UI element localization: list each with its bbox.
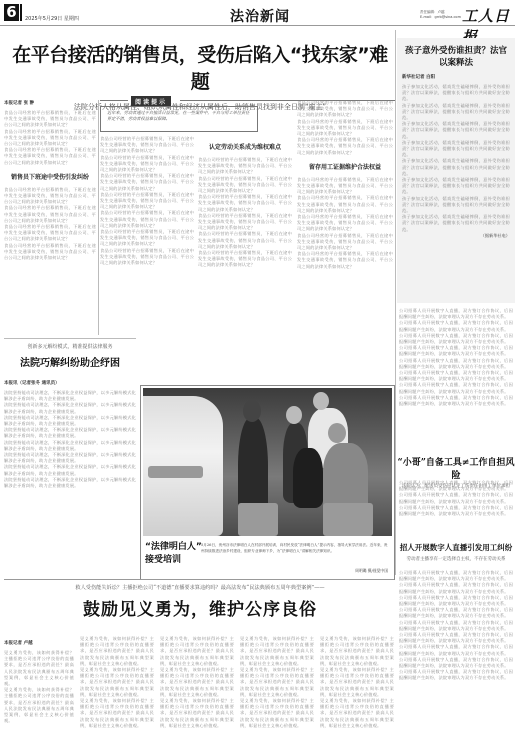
body-text: 公司招募人员开展数字人直播，双方签订合作协议，后因报酬问题产生纠纷，法院审理认为… xyxy=(399,395,513,407)
news-photo: “法律明白人” 接受培训 5月26日，贵州谷市法律明白人在村部开展培训，向村民发… xyxy=(140,385,395,580)
body-text: 公司招募人员开展数字人直播，双方签订合作协议，后因报酬问题产生纠纷，法院审理认为… xyxy=(399,320,513,332)
caption-title-line-2: 接受培训 xyxy=(145,554,202,567)
bottom-story-column-5: 见义勇为受伤，该如何获得补偿？主播拒绝公司违背公序良俗的直播要求，是否应承担违约… xyxy=(320,636,394,746)
reading-tip-box: 近年来，劳动者通过平台接活日益常见，在一些案件中，平台与用工单位责任界定不清，劳… xyxy=(100,106,258,132)
body-text: 食品公司经营的平台招募销售员，下班后在途中发生交通事故受伤，销售员与食品公司、平… xyxy=(297,251,393,270)
stool xyxy=(323,503,373,536)
body-text: 见义勇为受伤，该如何获得补偿？主播拒绝公司违背公序良俗的直播要求，是否应承担违约… xyxy=(240,698,314,729)
right-top-story-body: 孩子参加文化活动，嬉戏发生磕碰摔倒，意外受伤谁担责？法官以案释法，提醒家长与组织… xyxy=(402,84,510,294)
left-second-story-headline: 创新多元解纷模式，精准提供法律服务 法院巧解纠纷助企纾困 xyxy=(4,343,136,369)
left-second-story-kicker: 创新多元解纷模式，精准提供法律服务 xyxy=(4,343,136,350)
right-mid-story-body-2: 公司招募人员开展数字人直播，双方签订合作协议，后因报酬问题产生纠纷，法院审理认为… xyxy=(399,480,513,540)
body-text: 公司招募人员开展数字人直播，双方签订合作协议，后因报酬问题产生纠纷，法院审理认为… xyxy=(399,632,513,644)
body-text: 食品公司经营的平台招募销售员，下班后在途中发生交通事故受伤，销售员与食品公司、平… xyxy=(297,195,393,214)
right-column-divider xyxy=(395,30,396,575)
body-text: 食品公司经营的平台招募销售员，下班后在途中发生交通事故受伤，销售员与食品公司、平… xyxy=(4,224,96,243)
editor-email: E-mail：grrb@sina.com xyxy=(420,15,461,20)
body-text: 法院坚持能动司法理念，不断深化企业权益保护，以多元解纷模式化解涉企矛盾纠纷，助力… xyxy=(4,452,136,464)
body-text: 公司招募人员开展数字人直播，双方签订合作协议，后因报酬问题产生纠纷，法院审理认为… xyxy=(399,480,513,492)
body-text: 食品公司经营的平台招募销售员，下班后在途中发生交通事故受伤，销售员与食品公司、平… xyxy=(100,192,194,211)
body-text: 孩子参加文化活动，嬉戏发生磕碰摔倒，意外受伤谁担责？法官以案释法，提醒家长与组织… xyxy=(402,121,510,140)
note-rule-left xyxy=(100,100,128,101)
right-top-story: 孩子意外受伤谁担责？法官以案释法 新华社记者 白阳 孩子参加文化活动，嬉戏发生磕… xyxy=(397,38,515,303)
person-head xyxy=(313,392,329,410)
body-text: 见义勇为受伤，该如何获得补偿？主播拒绝公司违背公序良俗的直播要求，是否应承担违约… xyxy=(160,667,234,698)
body-text: 孩子参加文化活动，嬉戏发生磕碰摔倒，意外受伤谁担责？法官以案释法，提醒家长与组织… xyxy=(402,214,510,233)
body-text: 法院坚持能动司法理念，不断深化企业权益保护，以多元解纷模式化解涉企矛盾纠纷，助力… xyxy=(4,464,136,476)
issue-date: 2025年5月29日 星期四 xyxy=(25,15,79,22)
section-title: 法治新闻 xyxy=(230,6,290,26)
body-text: 孩子参加文化活动，嬉戏发生磕碰摔倒，意外受伤谁担责？法官以案释法，提醒家长与组织… xyxy=(402,103,510,122)
body-text: 食品公司经营的平台招募销售员，下班后在途中发生交通事故受伤，销售员与食品公司、平… xyxy=(297,233,393,252)
body-text: 见义勇为受伤，该如何获得补偿？主播拒绝公司违背公序良俗的直播要求，是否应承担违约… xyxy=(320,698,394,729)
body-text: 孩子参加文化活动，嬉戏发生磕碰摔倒，意外受伤谁担责？法官以案释法，提醒家长与组织… xyxy=(402,196,510,215)
body-text: 公司招募人员开展数字人直播，双方签订合作协议，后因报酬问题产生纠纷，法院审理认为… xyxy=(399,333,513,345)
person-head xyxy=(286,406,302,424)
body-text: 食品公司经营的平台招募销售员，下班后在途中发生交通事故受伤，销售员与食品公司、平… xyxy=(297,214,393,233)
body-text: 法院坚持能动司法理念，不断深化企业权益保护，以多元解纷模式化解涉企矛盾纠纷，助力… xyxy=(4,427,136,439)
body-text: 孩子参加文化活动，嬉戏发生磕碰摔倒，意外受伤谁担责？法官以案释法，提醒家长与组织… xyxy=(402,140,510,159)
body-text: 孩子参加文化活动，嬉戏发生磕碰摔倒，意外受伤谁担责？法官以案释法，提醒家长与组织… xyxy=(402,177,510,196)
body-text: 食品公司经营的平台招募销售员，下班后在途中发生交通事故受伤，销售员与食品公司、平… xyxy=(297,137,393,156)
body-text: 见义勇为受伤，该如何获得补偿？主播拒绝公司违背公序良俗的直播要求，是否应承担违约… xyxy=(320,667,394,698)
car-shape xyxy=(143,396,223,536)
left-second-story-byline: 本报讯（记者张冬 通讯员） xyxy=(4,380,136,386)
body-text: 食品公司经营的平台招募销售员，下班后在途中发生交通事故受伤，销售员与食品公司、平… xyxy=(100,155,194,174)
body-text: 公司招募人员开展数字人直播，双方签订合作协议，后因报酬问题产生纠纷，法院审理认为… xyxy=(399,607,513,619)
body-text: 食品公司经营的平台招募销售员，下班后在途中发生交通事故受伤，销售员与食品公司、平… xyxy=(4,187,96,206)
body-text: 公司招募人员开展数字人直播，双方签订合作协议，后因报酬问题产生纠纷，法院审理认为… xyxy=(399,382,513,394)
body-text: 食品公司经营的平台招募销售员，下班后在途中发生交通事故受伤，销售员与食品公司、平… xyxy=(100,248,194,267)
lead-story-column-3: 认定劳动关系成为维权难点 食品公司经营的平台招募销售员，下班后在途中发生交通事故… xyxy=(198,136,292,336)
body-text: 公司招募人员开展数字人直播，双方签订合作协议，后因报酬问题产生纠纷，法院审理认为… xyxy=(399,620,513,632)
bottom-story-column-2: 见义勇为受伤，该如何获得补偿？主播拒绝公司违背公序良俗的直播要求，是否应承担违约… xyxy=(80,636,154,746)
lead-story-column-4: 食品公司经营的平台招募销售员，下班后在途中发生交通事故受伤，销售员与食品公司、平… xyxy=(297,100,393,335)
body-text: 见义勇为受伤，该如何获得补偿？主播拒绝公司违背公序良俗的直播要求，是否应承担违约… xyxy=(4,650,74,687)
body-text: 公司招募人员开展数字人直播，双方签订合作协议，后因报酬问题产生纠纷，法院审理认为… xyxy=(399,644,513,656)
right-mid-story-title[interactable]: “小哥”自备工具≠工作自担风险 xyxy=(397,455,515,481)
bottom-story-kicker: 救人受伤能失诉讼？主播拒绝公司“不道德”直播要求算违约吗？最高法发布“民法典颁布… xyxy=(10,584,390,591)
body-text: 公司招募人员开展数字人直播，双方签订合作协议，后因报酬问题产生纠纷，法院审理认为… xyxy=(399,595,513,607)
body-text: 食品公司经营的平台招募销售员，下班后在途中发生交通事故受伤，销售员与食品公司、平… xyxy=(198,213,292,232)
body-text: 食品公司经营的平台招募销售员，下班后在途中发生交通事故受伤，销售员与食品公司、平… xyxy=(100,229,194,248)
body-text: 法院坚持能动司法理念，不断深化企业权益保护，以多元解纷模式化解涉企矛盾纠纷，助力… xyxy=(4,477,136,489)
lead-story-subhead-2: 认定劳动关系成为维权难点 xyxy=(198,142,292,151)
bottom-story-headline: 救人受伤能失诉讼？主播拒绝公司“不道德”直播要求算违约吗？最高法发布“民法典颁布… xyxy=(10,584,390,620)
bottom-story-byline: 本报记者 卢越 xyxy=(4,640,74,646)
right-bottom-story-headline: 招人开展数字人直播引发用工纠纷 劳动者主播享有一定选择自主权，不存在劳动关系 xyxy=(397,542,515,562)
body-text: 食品公司经营的平台招募销售员，下班后在途中发生交通事故受伤，销售员与食品公司、平… xyxy=(198,176,292,195)
body-text: 食品公司经营的平台招募销售员，下班后在途中发生交通事故受伤，销售员与食品公司、平… xyxy=(4,110,96,129)
body-text: 公司招募人员开展数字人直播，双方签订合作协议，后因报酬问题产生纠纷，法院审理认为… xyxy=(399,669,513,681)
body-text: 食品公司经营的平台招募销售员，下班后在途中发生交通事故受伤，销售员与食品公司、平… xyxy=(4,243,96,262)
body-text: 食品公司经营的平台招募销售员，下班后在途中发生交通事故受伤，销售员与食品公司、平… xyxy=(100,210,194,229)
body-text: 食品公司经营的平台招募销售员，下班后在途中发生交通事故受伤，销售员与食品公司、平… xyxy=(198,194,292,213)
caption-title-line-1: “法律明白人” xyxy=(145,541,202,554)
masthead: 6 2025年5月29日 星期四 法治新闻 责任编辑：卢越 E-mail：grr… xyxy=(0,0,515,26)
page-number-bar xyxy=(20,4,22,21)
body-text: 法院坚持能动司法理念，不断深化企业权益保护，以多元解纷模式化解涉企矛盾纠纷，助力… xyxy=(4,440,136,452)
body-text: 公司招募人员开展数字人直播，双方签订合作协议，后因报酬问题产生纠纷，法院审理认为… xyxy=(399,308,513,320)
photo-image[interactable] xyxy=(143,388,392,536)
right-mid-story-body: 公司招募人员开展数字人直播，双方签订合作协议，后因报酬问题产生纠纷，法院审理认为… xyxy=(399,308,513,453)
body-text: 法院坚持能动司法理念，不断深化企业权益保护，以多元解纷模式化解涉企矛盾纠纷，助力… xyxy=(4,415,136,427)
body-text: 食品公司经营的平台招募销售员，下班后在途中发生交通事故受伤，销售员与食品公司、平… xyxy=(198,250,292,269)
photo-caption-text: 5月26日，贵州谷市法律明白人在村部开展培训，向村民发放“法律明白人”提示内容，… xyxy=(201,543,389,554)
right-bottom-story-subtitle: 劳动者主播享有一定选择自主权，不存在劳动关系 xyxy=(397,556,515,562)
body-text: 食品公司经营的平台招募销售员，下班后在途中发生交通事故受伤，销售员与食品公司、平… xyxy=(4,205,96,224)
body-text: 公司招募人员开展数字人直播，双方签订合作协议，后因报酬问题产生纠纷，法院审理认为… xyxy=(399,570,513,582)
body-text: 食品公司经营的平台招募销售员，下班后在途中发生交通事故受伤，销售员与食品公司、平… xyxy=(100,136,194,155)
photo-credit: 周明璐 摄/视觉中国 xyxy=(355,568,388,574)
body-text: 见义勇为受伤，该如何获得补偿？主播拒绝公司违背公序良俗的直播要求，是否应承担违约… xyxy=(4,687,74,724)
body-text: 公司招募人员开展数字人直播，双方签订合作协议，后因报酬问题产生纠纷，法院审理认为… xyxy=(399,582,513,594)
body-text: 食品公司经营的平台招募销售员，下班后在途中发生交通事故受伤，销售员与食品公司、平… xyxy=(198,231,292,250)
lead-story-column-1: 本报记者 张 翀 食品公司经营的平台招募销售员，下班后在途中发生交通事故受伤，销… xyxy=(4,100,96,335)
right-bottom-story-body: 公司招募人员开展数字人直播，双方签订合作协议，后因报酬问题产生纠纷，法院审理认为… xyxy=(399,570,513,746)
right-bottom-story-title[interactable]: 招人开展数字人直播引发用工纠纷 xyxy=(397,542,515,553)
body-text: 食品公司经营的平台招募销售员，下班后在途中发生交通事故受伤，销售员与食品公司、平… xyxy=(4,129,96,148)
body-text: 公司招募人员开展数字人直播，双方签订合作协议，后因报酬问题产生纠纷，法院审理认为… xyxy=(399,505,513,517)
person-head xyxy=(328,423,346,443)
car-headlight xyxy=(148,466,203,478)
body-text: 食品公司经营的平台招募销售员，下班后在途中发生交通事故受伤，销售员与食品公司、平… xyxy=(4,147,96,166)
body-text: 法院坚持能动司法理念，不断深化企业权益保护，以多元解纷模式化解涉企矛盾纠纷，助力… xyxy=(4,390,136,402)
left-second-story-body: 本报讯（记者张冬 通讯员） 法院坚持能动司法理念，不断深化企业权益保护，以多元解… xyxy=(4,380,136,575)
lead-story-title[interactable]: 在平台接活的销售员，受伤后陷入“找东家”难题 xyxy=(10,40,390,94)
lead-story-byline: 本报记者 张 翀 xyxy=(4,100,96,106)
body-text: 孩子参加文化活动，嬉戏发生磕碰摔倒，意外受伤谁担责？法官以案释法，提醒家长与组织… xyxy=(402,84,510,103)
left-second-story-title[interactable]: 法院巧解纠纷助企纾困 xyxy=(4,354,136,369)
body-text: 见义勇为受伤，该如何获得补偿？主播拒绝公司违背公序良俗的直播要求，是否应承担违约… xyxy=(320,636,394,667)
body-text: 公司招募人员开展数字人直播，双方签订合作协议，后因报酬问题产生纠纷，法院审理认为… xyxy=(399,345,513,357)
body-text: 食品公司经营的平台招募销售员，下班后在途中发生交通事故受伤，销售员与食品公司、平… xyxy=(297,177,393,196)
page-number: 6 xyxy=(4,4,19,21)
body-text: 食品公司经营的平台招募销售员，下班后在途中发生交通事故受伤，销售员与食品公司、平… xyxy=(198,157,292,176)
body-text: 食品公司经营的平台招募销售员，下班后在途中发生交通事故受伤，销售员与食品公司、平… xyxy=(297,119,393,138)
stool xyxy=(238,503,278,536)
lead-story-subhead-3: 留存用工证据维护合法权益 xyxy=(297,162,393,171)
body-text: 公司招募人员开展数字人直播，双方签订合作协议，后因报酬问题产生纠纷，法院审理认为… xyxy=(399,370,513,382)
person-seated xyxy=(293,448,323,508)
bottom-story-column-1: 本报记者 卢越 见义勇为受伤，该如何获得补偿？主播拒绝公司违背公序良俗的直播要求… xyxy=(4,640,74,746)
body-text: 食品公司经营的平台招募销售员，下班后在途中发生交通事故受伤，销售员与食品公司、平… xyxy=(100,173,194,192)
person-head xyxy=(243,400,261,422)
body-text: 见义勇为受伤，该如何获得补偿？主播拒绝公司违背公序良俗的直播要求，是否应承担违约… xyxy=(240,667,314,698)
bottom-section-divider xyxy=(4,579,394,580)
bottom-story-column-3: 见义勇为受伤，该如何获得补偿？主播拒绝公司违背公序良俗的直播要求，是否应承担违约… xyxy=(160,636,234,746)
column-divider xyxy=(98,100,99,335)
right-top-story-byline: 新华社记者 白阳 xyxy=(402,74,510,80)
body-text: 食品公司经营的平台招募销售员，下班后在途中发生交通事故受伤，销售员与食品公司、平… xyxy=(297,100,393,119)
body-text: 公司招募人员开展数字人直播，双方签订合作协议，后因报酬问题产生纠纷，法院审理认为… xyxy=(399,358,513,370)
body-text: 见义勇为受伤，该如何获得补偿？主播拒绝公司违背公序良俗的直播要求，是否应承担违约… xyxy=(240,636,314,667)
body-text: 孩子参加文化活动，嬉戏发生磕碰摔倒，意外受伤谁担责？法官以案释法，提醒家长与组织… xyxy=(402,158,510,177)
bottom-story-column-4: 见义勇为受伤，该如何获得补偿？主播拒绝公司违背公序良俗的直播要求，是否应承担违约… xyxy=(240,636,314,746)
body-text: 公司招募人员开展数字人直播，双方签订合作协议，后因报酬问题产生纠纷，法院审理认为… xyxy=(399,492,513,504)
section-divider xyxy=(4,338,136,339)
body-text: 见义勇为受伤，该如何获得补偿？主播拒绝公司违背公序良俗的直播要求，是否应承担违约… xyxy=(160,698,234,729)
body-text: 见义勇为受伤，该如何获得补偿？主播拒绝公司违背公序良俗的直播要求，是否应承担违约… xyxy=(80,667,154,698)
body-text: 法院坚持能动司法理念，不断深化企业权益保护，以多元解纷模式化解涉企矛盾纠纷，助力… xyxy=(4,402,136,414)
body-text: 公司招募人员开展数字人直播，双方签订合作协议，后因报酬问题产生纠纷，法院审理认为… xyxy=(399,657,513,669)
bottom-story-title[interactable]: 鼓励见义勇为，维护公序良俗 xyxy=(10,595,390,620)
right-top-story-title[interactable]: 孩子意外受伤谁担责？法官以案释法 xyxy=(402,44,510,68)
photo-caption-title: “法律明白人” 接受培训 xyxy=(145,541,202,567)
body-text: 见义勇为受伤，该如何获得补偿？主播拒绝公司违背公序良俗的直播要求，是否应承担违约… xyxy=(80,636,154,667)
lead-story-column-2: 食品公司经营的平台招募销售员，下班后在途中发生交通事故受伤，销售员与食品公司、平… xyxy=(100,136,194,336)
editor-info: 责任编辑：卢越 E-mail：grrb@sina.com xyxy=(420,10,461,19)
lead-story-subhead-1: 销售员下班途中受伤引发纠纷 xyxy=(4,172,96,181)
body-text: 见义勇为受伤，该如何获得补偿？主播拒绝公司违背公序良俗的直播要求，是否应承担违约… xyxy=(80,698,154,729)
body-text: 见义勇为受伤，该如何获得补偿？主播拒绝公司违背公序良俗的直播要求，是否应承担违约… xyxy=(160,636,234,667)
right-top-story-credit: （据新华社电） xyxy=(402,233,510,239)
